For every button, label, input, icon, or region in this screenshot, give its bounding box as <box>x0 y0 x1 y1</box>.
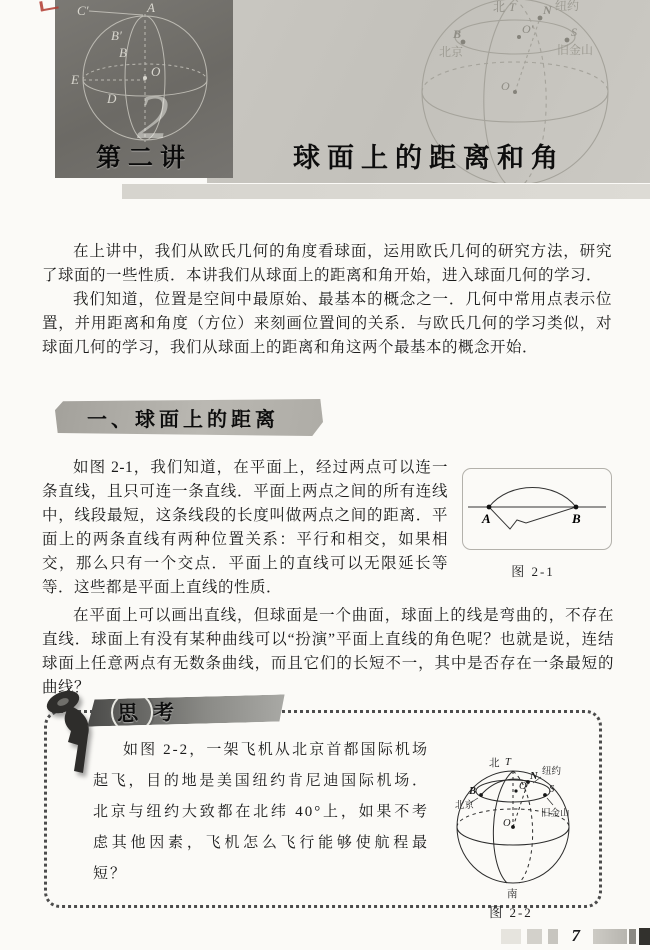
fig2-label-n: N <box>529 771 538 782</box>
intro-paragraph-2: 我们知道，位置是空间中最原始、最基本的概念之一．几何中常用点表示位置，并用距离和… <box>42 288 612 360</box>
wm-label-o: O <box>501 79 510 93</box>
footer-block-2 <box>527 929 542 944</box>
figure-2-2: 北 T N 纽约 B 北京 O′ S 旧金山 O 南 图 2-2 <box>429 735 593 921</box>
page-number: 7 <box>572 926 581 946</box>
footer-block-1 <box>501 929 521 944</box>
box-label-e: E <box>70 72 79 87</box>
think-badge: 思考 <box>87 695 190 728</box>
fig2-label-north: 北 <box>489 757 500 769</box>
think-box: 思考 如图 2-2，一架飞机从北京首都国际机场起飞，目的地是美国纽约肯尼迪国际机… <box>44 710 602 908</box>
wm-label-bj: 北京 <box>439 44 463 59</box>
fig2-label-b: B <box>468 786 476 797</box>
fig2-label-s: S <box>549 784 555 795</box>
wm-label-sf: 旧金山 <box>557 42 593 57</box>
figure-2-1-frame: A B <box>462 468 612 550</box>
box-label-o: O <box>151 64 161 79</box>
intro-block: 在上讲中，我们从欧氏几何的角度看球面，运用欧氏几何的研究方法，研究了球面的一些性… <box>42 240 612 360</box>
footer-bar-light <box>593 929 627 944</box>
fig1-label-a: A <box>481 511 491 526</box>
think-ribbon: 思考 <box>87 694 286 726</box>
box-label-bp: B′ <box>111 28 122 43</box>
figure-2-1: A B 图 2-1 <box>452 456 614 580</box>
wm-label-ny: 纽约 <box>555 0 579 13</box>
textbook-page: 北 T N 纽约 B 北京 O′ S 旧金山 O 南 球面上的距离和角 <box>0 0 650 950</box>
chapter-title: 球面上的距离和角 <box>293 136 565 175</box>
wm-label-op: O′ <box>522 22 534 36</box>
think-text: 如图 2-2，一架飞机从北京首都国际机场起飞，目的地是美国纽约肯尼迪国际机场．北… <box>93 735 429 921</box>
lecture-label: 第二讲 <box>55 138 233 174</box>
fig2-label-sf: 旧金山 <box>541 807 570 819</box>
footer-bar-medium <box>629 929 636 944</box>
lecture-box: C′ A B′ B E O D 2 第二讲 <box>55 0 233 178</box>
section-banner: 一、球面上的距离 <box>55 399 323 436</box>
figure-2-2-drawing: 北 T N 纽约 B 北京 O′ S 旧金山 O 南 <box>431 739 591 902</box>
fig1-label-b: B <box>571 511 581 526</box>
intro-paragraph-1: 在上讲中，我们从欧氏几何的角度看球面，运用欧氏几何的研究方法，研究了球面的一些性… <box>42 240 612 288</box>
box-label-d: D <box>106 91 117 106</box>
fig2-label-south: 南 <box>507 887 518 900</box>
section1-block: A B 图 2-1 如图 2-1，我们知道，在平面上，经过两点可以连一条直线，且… <box>42 456 614 704</box>
figure-2-1-drawing: A B <box>464 473 610 545</box>
footer-block-3 <box>548 929 558 944</box>
fig2-label-ny: 纽约 <box>542 765 562 777</box>
fig2-label-op: O′ <box>519 781 530 792</box>
fig2-label-o: O <box>503 818 511 829</box>
wm-label-north: 北 <box>493 0 505 14</box>
section1-paragraph-2: 在平面上可以画出直线，但球面是一个曲面，球面上的线是弯曲的，不存在直线．球面上有… <box>42 604 614 700</box>
box-label-a: A <box>146 0 155 15</box>
section-heading: 一、球面上的距离 <box>55 403 279 432</box>
header-band: 北 T N 纽约 B 北京 O′ S 旧金山 O 南 球面上的距离和角 <box>207 0 650 183</box>
lecture-globe-icon: C′ A B′ B E O D 2 <box>55 0 233 150</box>
think-content: 如图 2-2，一架飞机从北京首都国际机场起飞，目的地是美国纽约肯尼迪国际机场．北… <box>47 713 599 927</box>
figure-2-1-caption: 图 2-1 <box>452 560 614 584</box>
box-label-cp: C′ <box>77 3 89 18</box>
figure-2-2-caption: 图 2-2 <box>489 902 533 921</box>
box-label-b: B <box>119 45 127 60</box>
page-footer: 7 <box>0 926 650 946</box>
wm-label-b: B <box>452 27 461 41</box>
wm-label-s: S <box>571 25 577 39</box>
footer-bar-dark <box>639 928 650 945</box>
wm-label-n: N <box>542 3 553 17</box>
header-strip <box>122 184 650 199</box>
wm-label-t: T <box>509 0 517 14</box>
fig2-label-bj: 北京 <box>455 799 475 811</box>
fig2-label-t: T <box>505 757 512 768</box>
